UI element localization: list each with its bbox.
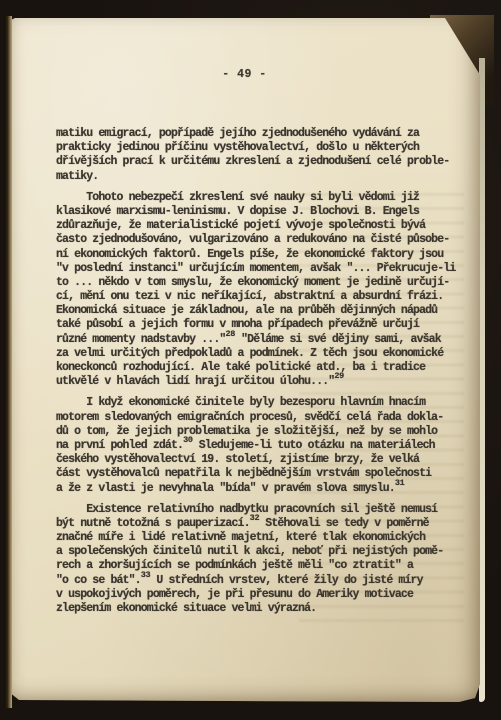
text-line: matiky. xyxy=(56,170,455,184)
text-line: prakticky jedinou příčinu vystěhovalectv… xyxy=(56,141,455,155)
text-line: rech a zhoršujících se podmínkách ještě … xyxy=(56,559,455,573)
text-line: v uspokojivých poměrech, je při přesunu … xyxy=(56,588,455,602)
text-line: dřívějších prací k určitému zkreslení a … xyxy=(56,155,455,169)
text-line: matiku emigrací, popřípadě jejího zjedno… xyxy=(56,127,455,141)
text-line: utkvělé v hlavách lidí hrají určitou úlo… xyxy=(56,375,455,389)
text-line: ní ekonomických faktorů. Engels píše, že… xyxy=(56,248,455,262)
text-line: dů o tom, že jejich problematika je slož… xyxy=(56,425,455,439)
book-background: - 49 - matiku emigrací, popřípadě jejího… xyxy=(0,0,501,720)
text-line: I když ekonomické činitele byly bezespor… xyxy=(56,396,455,410)
text-line: motorem sledovaných emigračních procesů,… xyxy=(56,411,455,425)
text-line: "v poslední instanci" určujícím momentem… xyxy=(56,262,455,276)
paragraph: I když ekonomické činitele byly bezespor… xyxy=(56,396,455,495)
footnote-ref: 33 xyxy=(141,570,151,580)
paragraph: Existence relativního nadbytku pracovníc… xyxy=(56,503,455,617)
text-line: zlepšením ekonomické situace velmi výraz… xyxy=(56,602,455,616)
footnote-ref: 29 xyxy=(334,371,344,381)
text-line: také působí a jejich formu v mnoha přípa… xyxy=(56,318,455,332)
text-line: a společenských činitelů nutil k akci, n… xyxy=(56,545,455,559)
footnote-ref: 30 xyxy=(183,435,193,445)
text-line: značné míře i lidé relativně majetní, kt… xyxy=(56,531,455,545)
book-page: - 49 - matiku emigrací, popřípadě jejího… xyxy=(9,18,480,702)
text-line: českého vystěhovalectví 19. století, zji… xyxy=(56,453,455,467)
text-line: být nutně totožná s pauperizací.32 Stěho… xyxy=(56,517,455,531)
text-line: různé momenty nadstavby ..."28 "Děláme s… xyxy=(56,333,455,347)
text-line: cí, mění onu tezi v nic neříkající, abst… xyxy=(56,290,455,304)
footnote-ref: 28 xyxy=(225,329,235,339)
paragraph: matiku emigrací, popřípadě jejího zjedno… xyxy=(56,127,455,184)
book-spine-edge xyxy=(4,16,12,708)
page-number: - 49 - xyxy=(9,68,480,81)
text-line: na první pohled zdát.30 Sledujeme-li tut… xyxy=(56,439,455,453)
text-block: matiku emigrací, popřípadě jejího zjedno… xyxy=(56,127,455,616)
text-line: často zjednodušováno, vulgarizováno a re… xyxy=(56,233,455,247)
text-line: "o co se bát".33 U středních vrstev, kte… xyxy=(56,574,455,588)
text-line: zdůrazňuje, že materialistické pojetí vý… xyxy=(56,219,455,233)
text-line: za velmi určitých předpokladů a podmínek… xyxy=(56,347,455,361)
text-line: koneckonců rozhodující. Ale také politic… xyxy=(56,361,455,375)
text-line: klasikové marxismu-leninismu. V dopise J… xyxy=(56,205,455,219)
paragraph: Tohoto nebezpečí zkreslení své nauky si … xyxy=(56,191,455,390)
footnote-ref: 32 xyxy=(250,513,260,523)
text-line: Tohoto nebezpečí zkreslení své nauky si … xyxy=(56,191,455,205)
footnote-ref: 31 xyxy=(395,478,405,488)
text-line: to ... někdo v tom smyslu, že ekonomický… xyxy=(56,276,455,290)
text-line: a že z vlasti je nevyhnala "bída" v prav… xyxy=(56,482,455,496)
text-line: Ekonomická situace je základnou, ale na … xyxy=(56,304,455,318)
